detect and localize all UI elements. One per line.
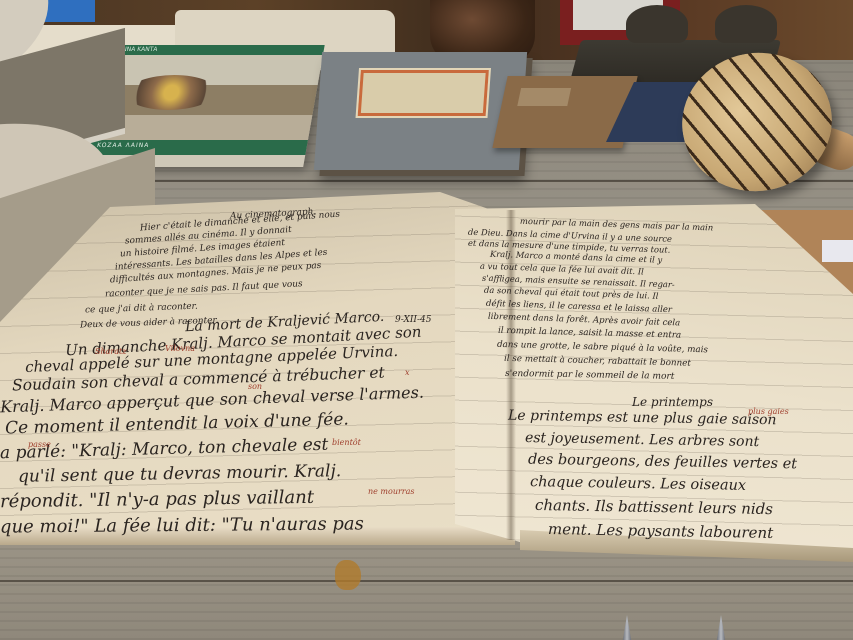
green-book-subtitle: KOZAA ΛΑΙΝΑ — [96, 142, 150, 149]
red-correction: Vilovna — [165, 344, 195, 353]
red-correction: son — [248, 382, 262, 391]
red-correction: Sharatz — [95, 347, 126, 356]
red-correction: plus gaies — [748, 407, 789, 416]
book-cover-art — [123, 75, 219, 110]
photo-scene: ΧΑΝΝΑ ΚΑΝΤΑ KOZAA ΛΑΙΝΑ Au cinematograph… — [0, 0, 853, 640]
red-correction: ne mourras — [368, 487, 415, 496]
handwritten-line: que moi!" La fée lui dit: "Tu n'auras pa… — [0, 513, 364, 537]
notebook-label — [517, 88, 571, 106]
desk-seam — [0, 580, 853, 582]
open-notebook: Au cinematograph. Hier c'était le dimanc… — [0, 182, 853, 562]
candlestick-cup — [626, 5, 688, 43]
desk-stain — [335, 560, 361, 590]
candlestick-cup — [715, 5, 777, 43]
red-correction: x — [405, 368, 410, 377]
grey-notebook — [314, 52, 527, 170]
red-correction: bientôt — [332, 438, 361, 447]
section-title: Le printemps — [632, 395, 713, 409]
red-correction: passe — [28, 440, 51, 449]
white-card — [822, 240, 853, 262]
notebook-label — [358, 70, 489, 116]
handwritten-line: répondit. "Il n'y-a pas plus vaillant — [0, 487, 314, 512]
